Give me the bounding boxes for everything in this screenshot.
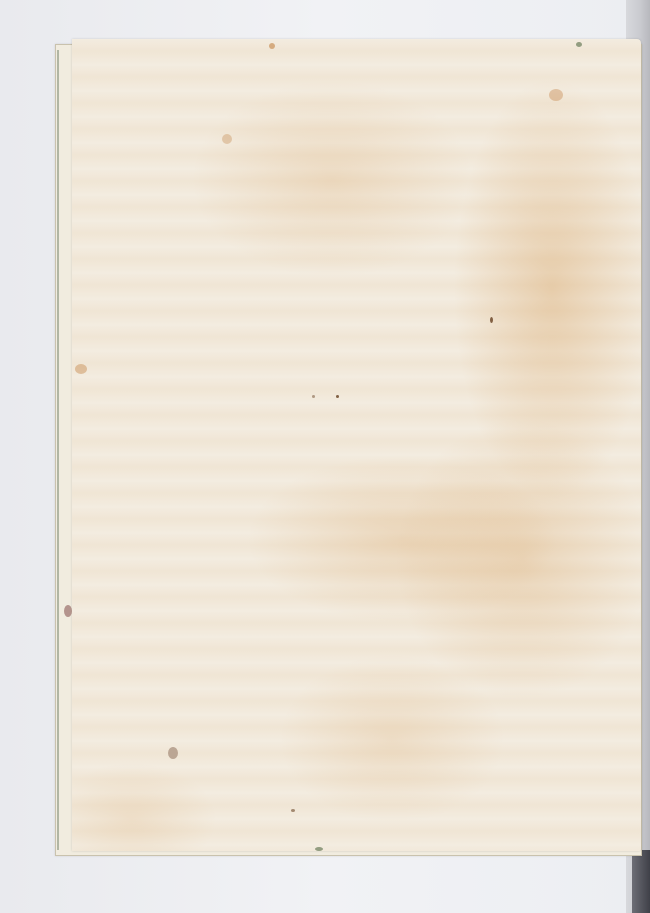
foxing-spot <box>549 89 563 101</box>
foxing-spot <box>291 809 295 812</box>
foxing-spot <box>312 395 315 398</box>
foxing-spot <box>315 847 323 851</box>
foxing-spot <box>336 395 339 398</box>
foxing-spot <box>576 42 582 47</box>
blank-foxed-page <box>72 39 641 851</box>
back-sheet-edge <box>57 50 59 850</box>
foxing-spot <box>269 43 275 49</box>
foxing-spot <box>168 747 178 759</box>
foxing-spot <box>490 317 493 323</box>
book-cover-corner <box>632 850 650 913</box>
foxing-spot <box>64 605 72 617</box>
foxing-spot <box>75 364 87 374</box>
foxing-spot <box>222 134 232 144</box>
